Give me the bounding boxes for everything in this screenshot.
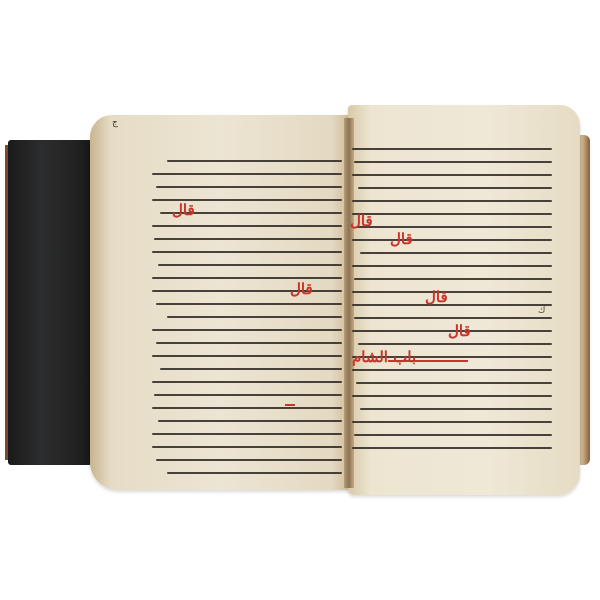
manuscript-text-line xyxy=(352,369,552,371)
right-page-text xyxy=(352,148,552,460)
rubric-qala: قال xyxy=(290,280,313,298)
manuscript-text-line xyxy=(352,200,552,202)
manuscript-photo: ج ك قال قال قال قال قال قال باب الشام xyxy=(0,0,600,600)
manuscript-text-line xyxy=(352,239,552,241)
manuscript-text-line xyxy=(152,446,342,448)
manuscript-text-line xyxy=(152,290,342,292)
manuscript-text-line xyxy=(152,407,342,409)
rubric-qala: قال xyxy=(390,230,413,248)
rubric-underline xyxy=(388,360,468,362)
manuscript-text-line xyxy=(352,148,552,150)
manuscript-text-line xyxy=(360,408,552,410)
manuscript-text-line xyxy=(352,395,552,397)
manuscript-text-line xyxy=(156,186,342,188)
manuscript-text-line xyxy=(354,161,552,163)
manuscript-text-line xyxy=(352,213,552,215)
manuscript-text-line xyxy=(152,355,342,357)
manuscript-text-line xyxy=(352,265,552,267)
manuscript-text-line xyxy=(354,278,552,280)
manuscript-text-line xyxy=(167,316,342,318)
manuscript-text-line xyxy=(156,459,342,461)
manuscript-text-line xyxy=(154,394,342,396)
rubric-qala: قال xyxy=(172,201,195,219)
rubric-chapter-heading: باب الشام xyxy=(352,348,416,366)
manuscript-text-line xyxy=(360,252,552,254)
rubric-qala: قال xyxy=(448,322,471,340)
manuscript-text-line xyxy=(352,174,552,176)
folio-mark: ج xyxy=(112,118,118,128)
manuscript-text-line xyxy=(354,317,552,319)
manuscript-text-line xyxy=(352,421,552,423)
manuscript-text-line xyxy=(152,173,342,175)
manuscript-text-line xyxy=(152,433,342,435)
manuscript-text-line xyxy=(160,368,342,370)
manuscript-text-line xyxy=(167,472,342,474)
manuscript-text-line xyxy=(352,304,552,306)
manuscript-text-line xyxy=(152,251,342,253)
manuscript-text-line xyxy=(158,420,342,422)
manuscript-text-line xyxy=(356,226,552,228)
manuscript-text-line xyxy=(156,303,342,305)
manuscript-text-line xyxy=(152,381,342,383)
manuscript-text-line xyxy=(356,382,552,384)
manuscript-text-line xyxy=(358,187,552,189)
manuscript-text-line xyxy=(167,160,342,162)
manuscript-text-line xyxy=(358,343,552,345)
manuscript-text-line xyxy=(152,277,342,279)
rubric-qala: قال xyxy=(350,212,373,230)
manuscript-text-line xyxy=(352,447,552,449)
manuscript-text-line xyxy=(152,225,342,227)
manuscript-text-line xyxy=(352,291,552,293)
book-binding xyxy=(8,140,92,465)
rubric-qala: قال xyxy=(425,288,448,306)
manuscript-text-line xyxy=(158,264,342,266)
manuscript-text-line xyxy=(154,238,342,240)
rubric-mark xyxy=(285,404,295,406)
manuscript-text-line xyxy=(354,434,552,436)
manuscript-text-line xyxy=(156,342,342,344)
manuscript-text-line xyxy=(152,329,342,331)
